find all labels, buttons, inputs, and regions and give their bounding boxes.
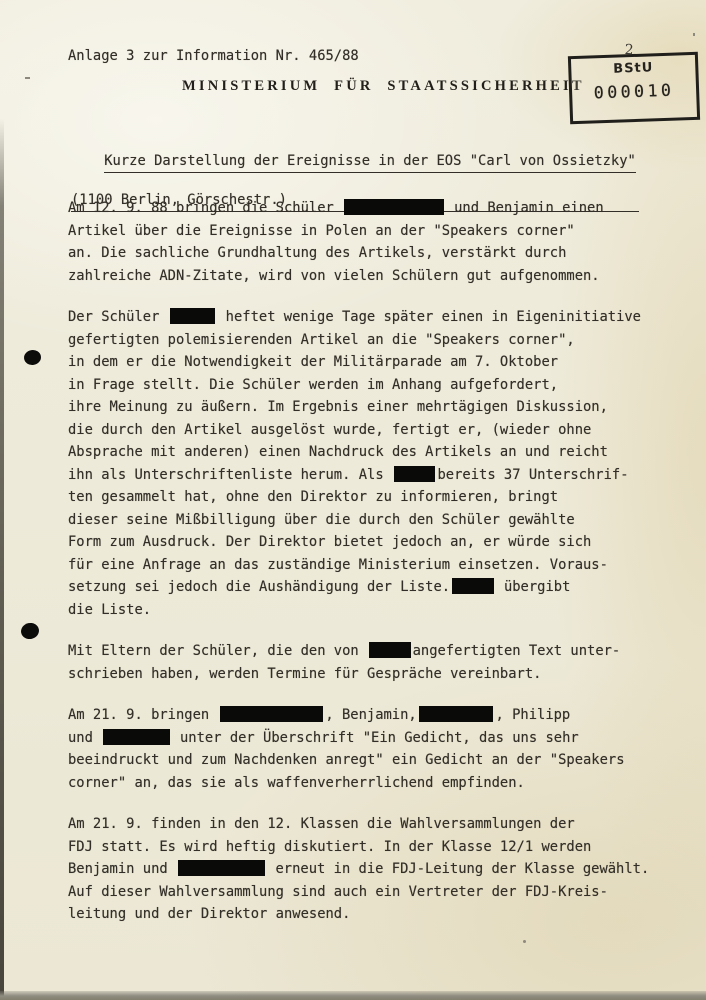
text-segment: , Philipp <box>495 707 570 723</box>
text-segment: Benjamin und <box>68 861 176 877</box>
annex-reference-line: Anlage 3 zur Information Nr. 465/88 <box>68 48 359 64</box>
text-segment: corner" an, das sie als waffenverherrlic… <box>68 775 525 791</box>
ink-dot-bottom <box>20 621 41 640</box>
text-segment: Absprache mit anderen) einen Nachdruck d… <box>68 444 608 460</box>
text-segment: und Benjamin einen <box>446 200 604 216</box>
text-segment: die durch den Artikel ausgelöst wurde, f… <box>68 422 591 438</box>
text-segment: ten gesammelt hat, ohne den Direktor zu … <box>68 489 558 505</box>
text-segment: heftet wenige Tage später einen in Eigen… <box>217 309 641 325</box>
text-segment: bereits 37 Unterschrif- <box>437 467 628 483</box>
redaction-bar <box>103 729 169 745</box>
text-line: an. Die sachliche Grundhaltung des Artik… <box>68 242 668 265</box>
text-line: Am 21. 9. finden in den 12. Klassen die … <box>68 813 668 836</box>
text-segment: Am 21. 9. bringen <box>68 707 218 723</box>
text-line: Mit Eltern der Schüler, die den von ange… <box>68 640 668 663</box>
pencil-speck <box>25 77 30 79</box>
text-segment: und <box>68 730 101 746</box>
text-segment: Form zum Ausdruck. Der Direktor bietet j… <box>68 534 591 550</box>
text-segment: die Liste. <box>68 602 151 618</box>
text-segment: FDJ statt. Es wird heftig diskutiert. In… <box>68 839 591 855</box>
text-line: gefertigten polemisierenden Artikel an d… <box>68 329 668 352</box>
text-segment: ihre Meinung zu äußern. Im Ergebnis eine… <box>68 399 608 415</box>
text-line: und unter der Überschrift "Ein Gedicht, … <box>68 727 668 750</box>
redaction-bar <box>220 706 324 722</box>
text-line: in Frage stellt. Die Schüler werden im A… <box>68 374 668 397</box>
text-line: dieser seine Mißbilligung über die durch… <box>68 509 668 532</box>
text-line: Absprache mit anderen) einen Nachdruck d… <box>68 441 668 464</box>
text-segment: Artikel über die Ereignisse in Polen an … <box>68 223 575 239</box>
text-line: Benjamin und erneut in die FDJ-Leitung d… <box>68 858 668 881</box>
pencil-speck <box>523 940 526 943</box>
text-line: ihre Meinung zu äußern. Im Ergebnis eine… <box>68 396 668 419</box>
text-line: die durch den Artikel ausgelöst wurde, f… <box>68 419 668 442</box>
ink-dot-top <box>23 349 42 366</box>
stamp-agency-label: BStU <box>571 59 695 78</box>
bstu-stamp: 2 BStU 000010 <box>568 52 700 124</box>
text-segment: an. Die sachliche Grundhaltung des Artik… <box>68 245 566 261</box>
text-segment: erneut in die FDJ-Leitung der Klasse gew… <box>267 861 649 877</box>
text-line: Form zum Ausdruck. Der Direktor bietet j… <box>68 531 668 554</box>
handwritten-page-number: 2 <box>624 42 634 59</box>
text-line: zahlreiche ADN-Zitate, wird von vielen S… <box>68 265 668 288</box>
text-segment: Am 21. 9. finden in den 12. Klassen die … <box>68 816 575 832</box>
paragraph: Am 21. 9. finden in den 12. Klassen die … <box>68 813 668 926</box>
redaction-bar <box>452 578 494 594</box>
paragraph: Am 21. 9. bringen , Benjamin,, Philippun… <box>68 704 668 794</box>
text-line: Am 21. 9. bringen , Benjamin,, Philipp <box>68 704 668 727</box>
text-line: ten gesammelt hat, ohne den Direktor zu … <box>68 486 668 509</box>
text-line: beeindruckt und zum Nachdenken anregt" e… <box>68 749 668 772</box>
text-segment: angefertigten Text unter- <box>413 643 621 659</box>
text-line: Am 12. 9. 88 bringen die Schüler und Ben… <box>68 197 668 220</box>
paragraph: Der Schüler heftet wenige Tage später ei… <box>68 306 668 621</box>
text-line: in dem er die Notwendigkeit der Militärp… <box>68 351 668 374</box>
text-segment: dieser seine Mißbilligung über die durch… <box>68 512 575 528</box>
paragraph: Mit Eltern der Schüler, die den von ange… <box>68 640 668 685</box>
text-line: setzung sei jedoch die Aushändigung der … <box>68 576 668 599</box>
document-body: Am 12. 9. 88 bringen die Schüler und Ben… <box>68 197 668 945</box>
text-segment: zahlreiche ADN-Zitate, wird von vielen S… <box>68 268 600 284</box>
stamp-serial-number: 000010 <box>572 80 697 103</box>
ministry-header: MINISTERIUM FÜR STAATSSICHERHEIT <box>182 78 585 95</box>
pencil-speck <box>693 33 695 36</box>
paragraph: Am 12. 9. 88 bringen die Schüler und Ben… <box>68 197 668 287</box>
redaction-bar <box>170 308 216 324</box>
text-line: für eine Anfrage an das zuständige Minis… <box>68 554 668 577</box>
text-line: corner" an, das sie als waffenverherrlic… <box>68 772 668 795</box>
text-segment: Auf dieser Wahlversammlung sind auch ein… <box>68 884 608 900</box>
text-segment: Mit Eltern der Schüler, die den von <box>68 643 367 659</box>
redaction-bar <box>419 706 494 722</box>
redaction-bar <box>369 642 411 658</box>
text-segment: in dem er die Notwendigkeit der Militärp… <box>68 354 558 370</box>
text-segment: für eine Anfrage an das zuständige Minis… <box>68 557 608 573</box>
text-segment: beeindruckt und zum Nachdenken anregt" e… <box>68 752 625 768</box>
text-segment: ihn als Unterschriftenliste herum. Als <box>68 467 392 483</box>
text-line: die Liste. <box>68 599 668 622</box>
redaction-bar <box>394 466 436 482</box>
redaction-bar <box>178 860 265 876</box>
text-segment: gefertigten polemisierenden Artikel an d… <box>68 332 575 348</box>
scan-edge-left <box>0 118 4 1000</box>
text-segment: Der Schüler <box>68 309 168 325</box>
title-line-1: Kurze Darstellung der Ereignisse in der … <box>104 153 636 173</box>
text-segment: übergibt <box>496 579 571 595</box>
text-line: FDJ statt. Es wird heftig diskutiert. In… <box>68 836 668 859</box>
text-line: Der Schüler heftet wenige Tage später ei… <box>68 306 668 329</box>
text-line: ihn als Unterschriftenliste herum. Als b… <box>68 464 668 487</box>
text-line: schrieben haben, werden Termine für Gesp… <box>68 663 668 686</box>
text-line: leitung und der Direktor anwesend. <box>68 903 668 926</box>
text-segment: in Frage stellt. Die Schüler werden im A… <box>68 377 558 393</box>
scan-edge-bottom <box>0 991 706 1000</box>
text-segment: Am 12. 9. 88 bringen die Schüler <box>68 200 342 216</box>
text-segment: unter der Überschrift "Ein Gedicht, das … <box>172 730 579 746</box>
text-line: Artikel über die Ereignisse in Polen an … <box>68 220 668 243</box>
text-segment: schrieben haben, werden Termine für Gesp… <box>68 666 541 682</box>
text-segment: leitung und der Direktor anwesend. <box>68 906 350 922</box>
scanned-document-page: Anlage 3 zur Information Nr. 465/88 MINI… <box>0 0 706 1000</box>
text-line: Auf dieser Wahlversammlung sind auch ein… <box>68 881 668 904</box>
text-segment: , Benjamin, <box>325 707 416 723</box>
redaction-bar <box>344 199 444 215</box>
text-segment: setzung sei jedoch die Aushändigung der … <box>68 579 450 595</box>
